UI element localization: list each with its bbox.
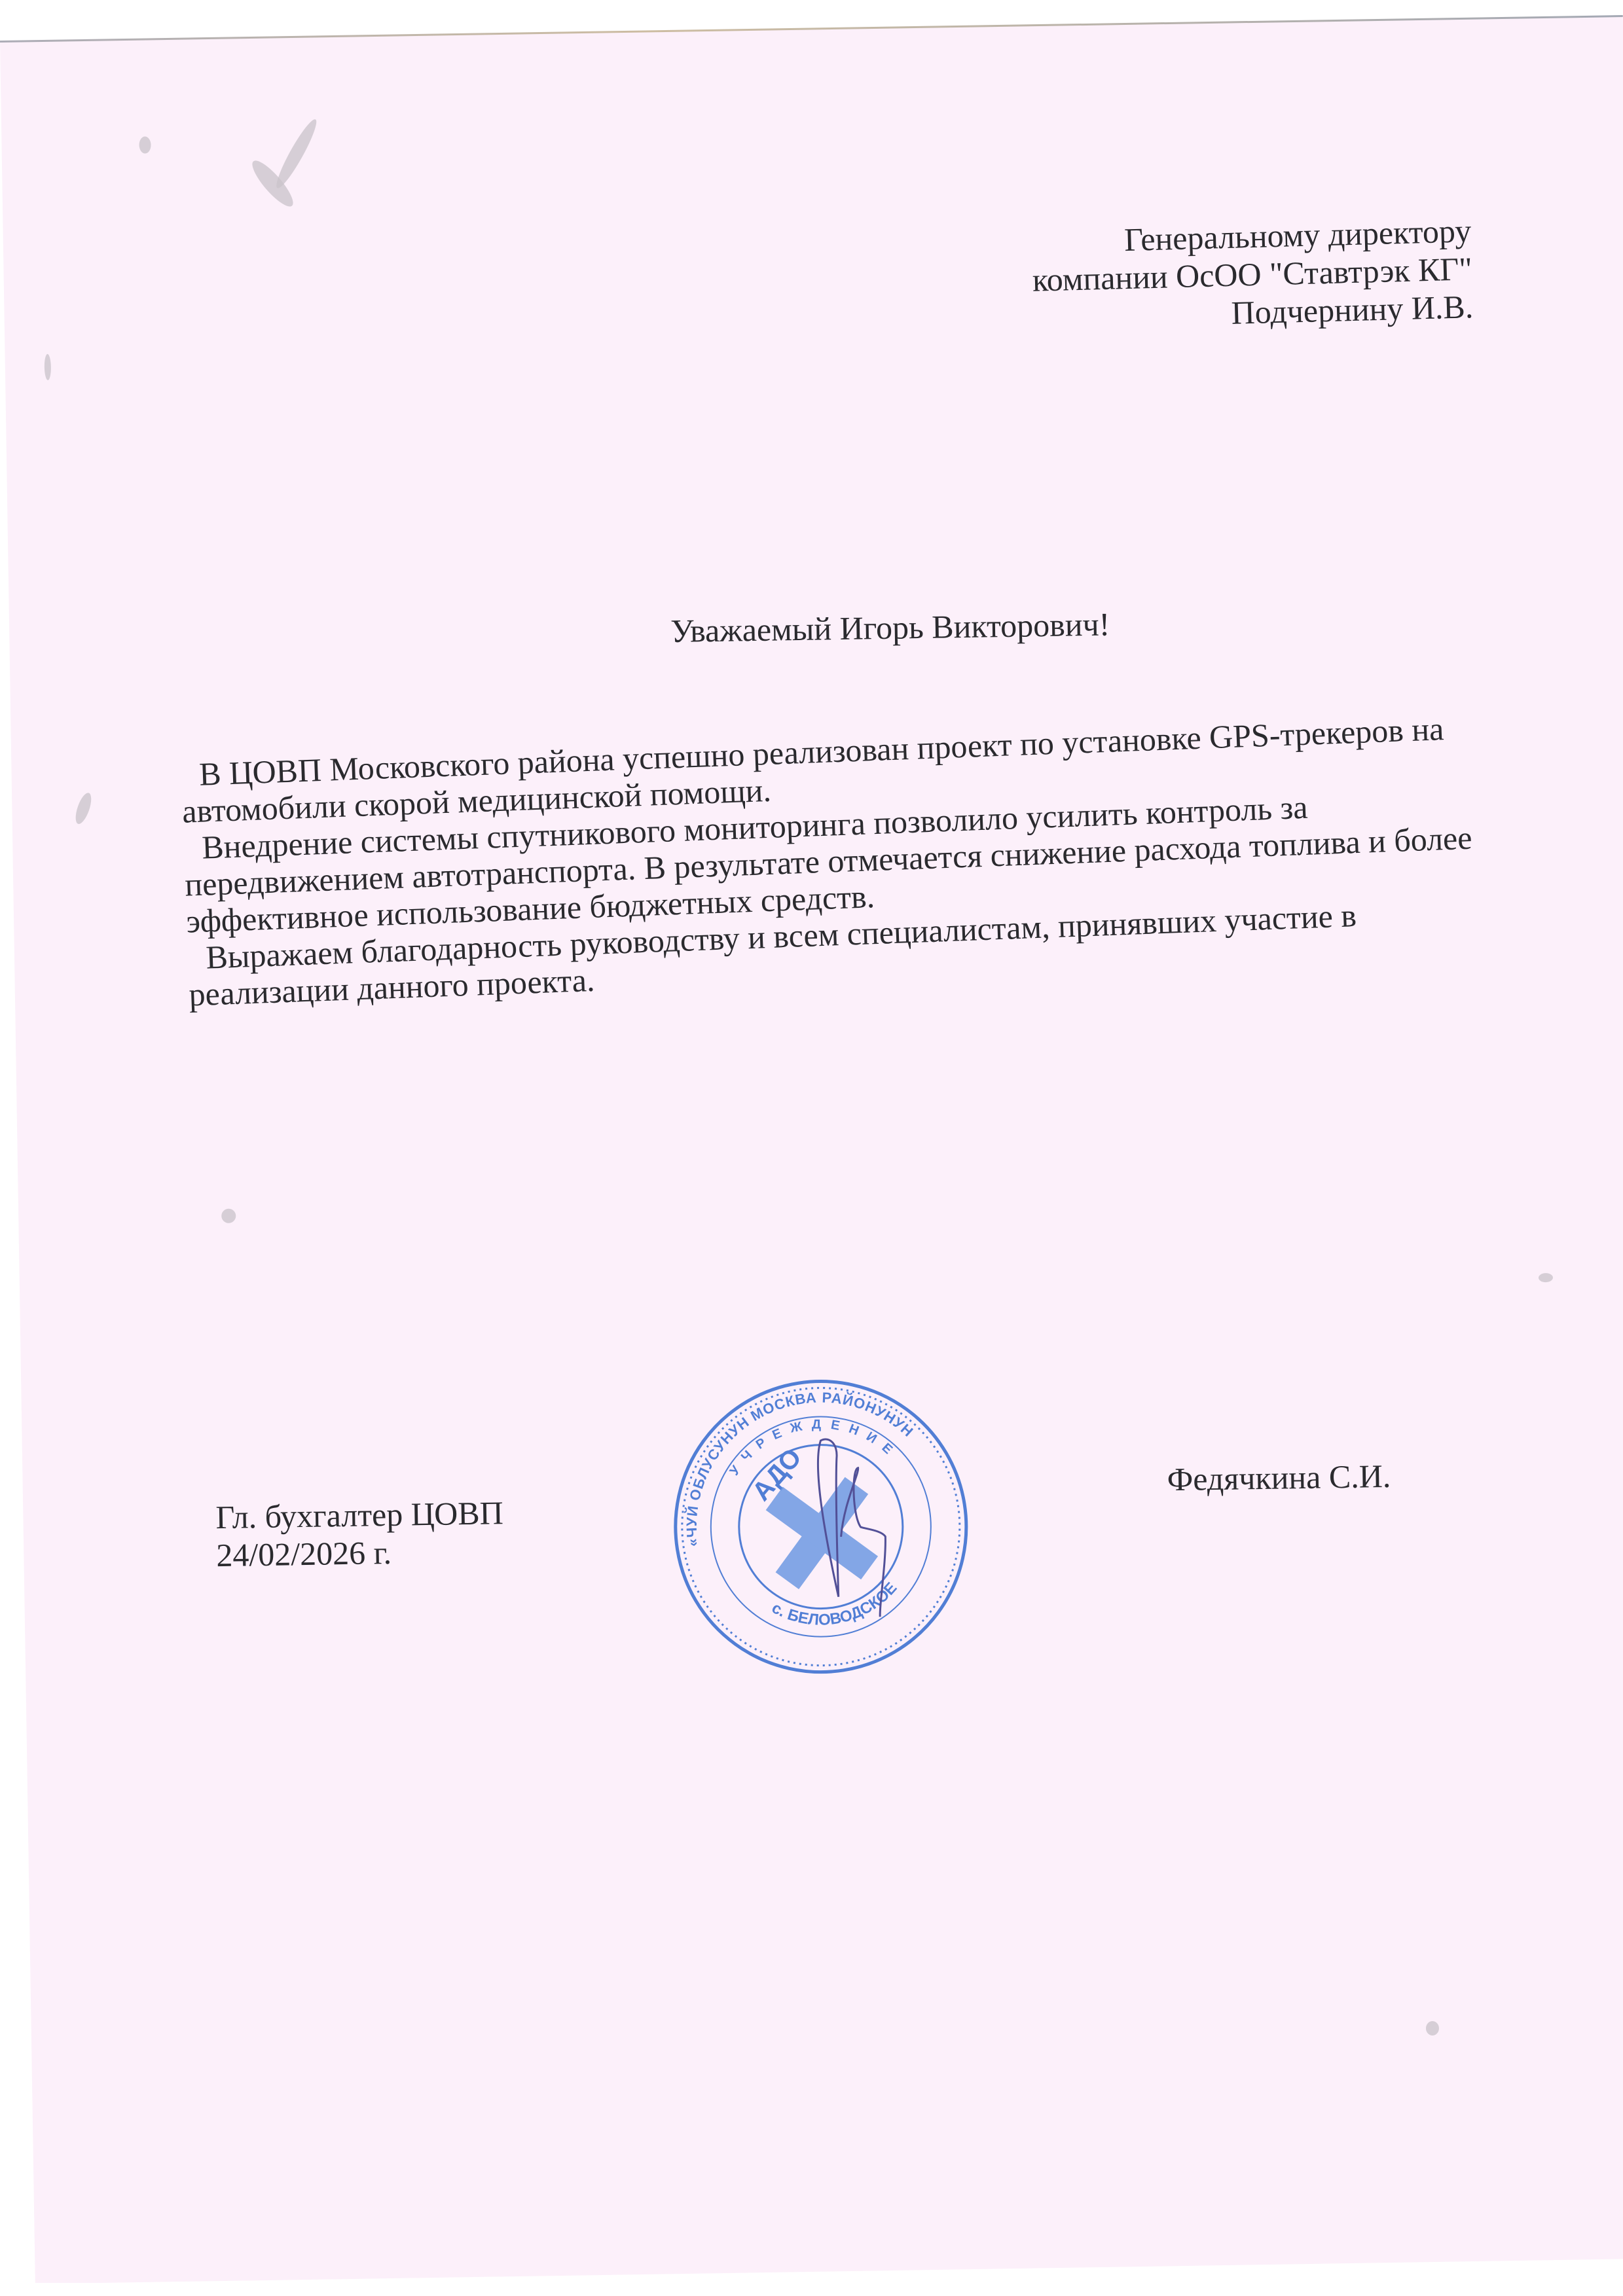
scan-smudge — [272, 117, 321, 192]
paper-edge — [0, 15, 1623, 43]
signatory-name: Федячкина С.И. — [1167, 1456, 1391, 1499]
letter-body: В ЦОВП Московского района успешно реализ… — [180, 709, 1498, 1013]
scan-smudge — [73, 791, 94, 826]
scan-smudge — [221, 1209, 236, 1223]
letter-sheet: Генеральному директору компании ОсОО "Ст… — [0, 15, 1623, 2284]
scan-smudge — [1426, 2021, 1439, 2036]
salutation: Уважаемый Игорь Викторович! — [670, 604, 1110, 651]
letter-date: 24/02/2026 г. — [216, 1532, 504, 1574]
signatory-position: Гл. бухгалтер ЦОВП — [215, 1494, 503, 1536]
scan-smudge — [139, 136, 151, 153]
scan-smudge — [45, 354, 52, 380]
scan-margin — [0, 2283, 1623, 2296]
scan-smudge — [1539, 1273, 1553, 1282]
addressee-block: Генеральному директору компании ОсОО "Ст… — [1031, 211, 1474, 337]
signature-block-left: Гл. бухгалтер ЦОВП 24/02/2026 г. — [215, 1494, 504, 1574]
official-stamp-icon: «ЧУЙ ОБЛУСУНУН МОСКВА РАЙОНУНУН УЧРЕЖДЕН… — [649, 1355, 993, 1699]
